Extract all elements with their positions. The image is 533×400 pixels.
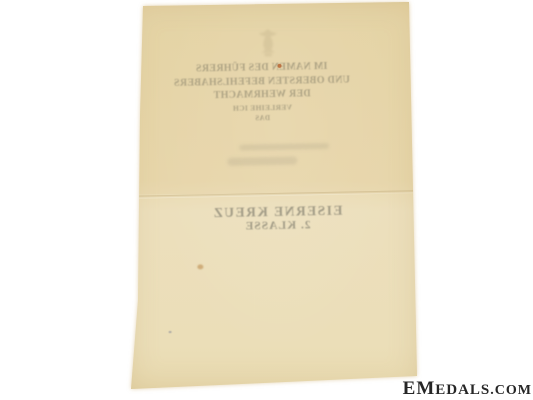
foxing-stain-spot (197, 264, 203, 269)
wehrmacht-eagle-icon (256, 27, 281, 58)
document-shadow-wrap: IM NAMEN DES FÜHRERS UND OBERSTEN BEFEHL… (0, 0, 533, 400)
watermark-text-mid: EDALS (435, 382, 490, 398)
handwriting-smudge-rank (227, 157, 297, 166)
ink-speck (169, 331, 172, 333)
award-document-reverse: IM NAMEN DES FÜHRERS UND OBERSTEN BEFEHL… (0, 0, 533, 400)
bleedthrough-award-text: EISERNE KREUZ 2. KLASSE (144, 201, 411, 235)
watermark-text-large: EM (403, 378, 436, 399)
handwriting-smudge-name (239, 143, 329, 151)
watermark-text-small: .COM (490, 383, 532, 398)
bleedthrough-header-text: IM NAMEN DES FÜHRERS UND OBERSTEN BEFEHL… (128, 59, 395, 126)
photo-backdrop: IM NAMEN DES FÜHRERS UND OBERSTEN BEFEHL… (0, 0, 533, 400)
rust-stain-spot (277, 64, 281, 68)
fold-crease (131, 190, 417, 198)
document-content: IM NAMEN DES FÜHRERS UND OBERSTEN BEFEHL… (0, 0, 533, 400)
emedals-watermark: EMEDALS.COM (403, 379, 532, 398)
